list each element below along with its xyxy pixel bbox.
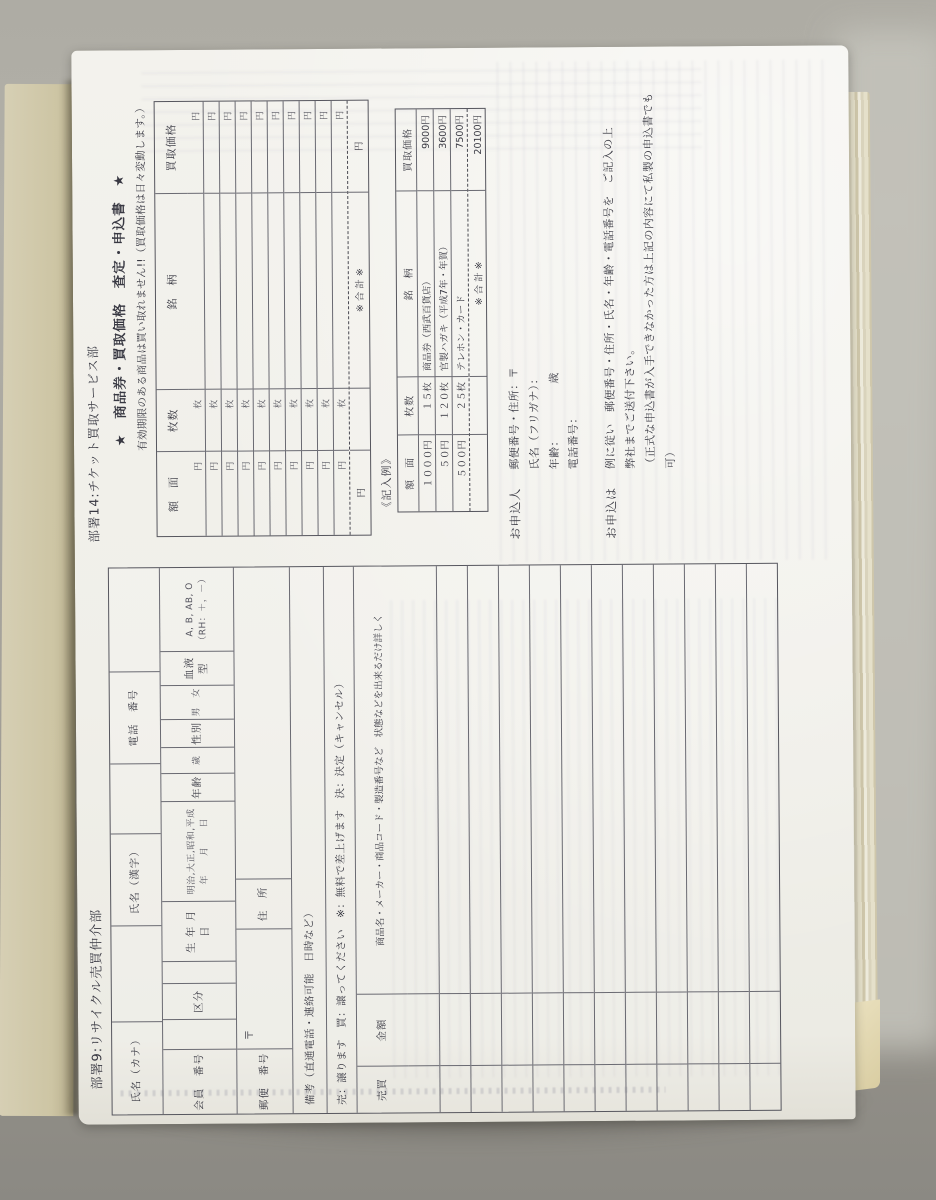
blank-cell [300,193,316,389]
apply-label: お申込は [601,480,681,539]
blank-cell [440,1066,470,1112]
listing-blank-row [746,564,781,1110]
cell-count: １５枚 [419,377,435,435]
total-label: ※ 合 計 ※ [348,193,369,389]
table-row: 売：譲ります 買：譲ってください ※：無料で差上げます 決：決定（キャンセル） [323,567,357,1113]
total-label: ※ 合 計 ※ [468,191,486,377]
blank-cell [592,565,625,993]
blank-cell: 枚 [318,389,333,451]
blank-cell [220,194,236,390]
example-total-row: ※ 合 計 ※ 20100円 [467,109,488,511]
label-sex: 性別 [161,720,234,749]
blank-cell [316,193,332,389]
blank-cell: 枚 [222,390,237,452]
blank-cell: 円 [206,452,222,536]
listing-blank-row [467,566,502,1112]
blank-cell [561,565,594,993]
table-row: 郵便 番号 〒 住 所 [233,567,293,1113]
blank-cell [750,992,781,1064]
blank-cell: 円 [189,452,206,536]
label-member-no: 会員 番号 [163,1050,236,1115]
apply-line: 弊社までご送付下さい。 [618,87,640,469]
blank-cell [252,193,268,389]
cell-price: 3600円 [434,109,451,191]
label-amount: 金額 [357,994,409,1066]
blank-cell [564,1065,594,1111]
total-value: 20100円 [468,109,486,191]
blank-cell: 円 [316,101,332,193]
field-category [163,962,236,985]
cell-count [470,377,487,435]
col-price: 買取価格 [396,109,417,191]
blank-cell: 円 [254,451,270,535]
label-name-kana: 氏名（カナ） [112,1022,163,1114]
cell-count: １２０枚 [436,377,452,435]
blank-cell [533,1065,563,1111]
blank-cell: 円 [236,101,252,193]
label-phone: 電話 番号 [110,672,161,764]
buyback-table: 額 面 枚数 銘 柄 買取価格 円枚円円枚円円枚円円枚円円枚円円枚円円枚円円枚円… [154,100,372,537]
blank-cell: 枚 [238,389,253,451]
listing-blank-row [498,566,533,1112]
blank-cell [332,193,348,389]
total-count-unit [350,389,370,451]
blank-cell [657,992,688,1064]
label-blood-type: 血液型 [160,652,233,687]
blank-cell: 枚 [334,389,349,451]
field-postal-code: 〒 [236,929,292,1049]
apply-line: 例に従い 郵便番号・住所・氏名・年齢・電話番号を ご記入の上 [599,87,621,469]
col-count: 枚数 [398,377,418,435]
blank-cell [654,564,687,992]
buyback-blank-row: 円枚円 [283,101,302,535]
blank-cell: 円 [318,451,334,535]
blood-type-rh: （RH：＋，－） [196,574,209,645]
blank-cell [471,994,502,1066]
blank-cell: 円 [302,451,318,535]
listing-blank-row [653,564,688,1110]
blank-cell [719,1064,749,1110]
buyback-blank-row: 円枚円 [267,101,286,535]
cell-amount [470,435,488,511]
blank-cell: 円 [300,101,316,193]
blank-cell [595,993,626,1065]
table-row: 氏名（カナ） 氏名（漢字） 電話 番号 [109,568,163,1114]
blank-cell: 円 [222,452,238,536]
blank-cell [405,566,439,994]
blank-cell [284,193,300,389]
cell-brand: 官製ハガキ（平成7年・年賀） [434,191,451,377]
blank-cell: 円 [187,102,204,194]
label-item-description: 商品名・メーカー・商品コード・製造番号など 状態などを出来るだけ詳しく [354,566,408,994]
dept14-form: 部署14:チケット買取サービス部 ★ 商品券・買取価格 査定・申込書 ★ 有効期… [82,86,682,542]
cell-count: ２５枚 [453,377,469,435]
blank-cell [268,193,284,389]
blank-cell: 円 [268,101,284,193]
blank-cell: 円 [252,101,268,193]
blank-cell: 枚 [254,389,269,451]
cell-amount: ５０円 [436,435,453,511]
buyback-blank-row: 円枚円 [331,101,350,535]
blank-cell [502,994,533,1066]
table-row: 備考（直通電話・連絡可能 日時など） [289,567,327,1113]
example-table: 額 面 枚数 銘 柄 買取価格 １０００円 １５枚 商品券（西武百貨店） 900… [395,108,489,513]
applicant-label: お申込人 [505,481,585,540]
blank-cell [187,194,204,390]
blank-cell [657,1064,687,1110]
blank-cell [623,565,656,993]
field-name-kanji [110,764,160,834]
listing-blank-row [529,565,564,1111]
dept9-header: 部署9:リサイクル売買仲介部 [83,564,106,1090]
field-blood-type: A, B, AB, O （RH：＋，－） [160,568,234,653]
buyback-blank-row: 円枚円 [219,102,238,536]
blank-cell [533,993,564,1065]
listing-blank-row [405,566,440,1112]
field-member-no [163,1020,236,1051]
rotated-document: 部署9:リサイクル売買仲介部 氏名（カナ） 氏名（漢字） 電話 番号 会員 番号… [71,47,853,1127]
apply-lines: 例に従い 郵便番号・住所・氏名・年齢・電話番号を ご記入の上 弊社までご送付下さ… [599,86,681,469]
blank-cell [626,1065,656,1111]
listing-blank-row [622,565,657,1111]
birthdate-era-hint: 明治,大正,昭和,平成 [186,808,199,894]
blank-cell: 円 [270,451,286,535]
blank-cell: 円 [284,101,300,193]
cell-amount: １０００円 [419,435,436,511]
buyback-blank-row: 円枚円 [251,101,270,535]
apply-line: （正式な申込書が入手できなかった方は上記の内容にて私製の申込書でも可） [638,86,680,468]
example-caption: 《記入例》 [376,88,395,512]
blank-cell [530,565,563,993]
blank-cell [750,1064,780,1110]
apply-block: お申込は 例に従い 郵便番号・住所・氏名・年齢・電話番号を ご記入の上 弊社まで… [599,86,681,539]
total-price-unit: 円 [348,101,369,193]
buyback-blank-row: 円枚円 [315,101,334,535]
buyback-total-row: 円 ※ 合 計 ※ 円 [347,101,371,535]
blank-cell [716,564,749,992]
field-name-kana [111,926,162,1022]
cell-amount: ５００円 [453,435,470,511]
buyback-blank-row: 円枚円 [235,101,254,535]
col-count: 枚数 [157,390,189,452]
blank-cell: 枚 [286,389,301,451]
blank-cell: 枚 [189,390,205,452]
blank-cell: 円 [286,451,302,535]
example-table-header: 額 面 枚数 銘 柄 買取価格 [396,109,419,511]
col-amount: 額 面 [398,435,419,511]
photo-scene: 部署9:リサイクル売買仲介部 氏名（カナ） 氏名（漢字） 電話 番号 会員 番号… [0,0,936,1200]
blank-cell: 円 [220,102,236,194]
legend-row: 売：譲ります 買：譲ってください ※：無料で差上げます 決：決定（キャンセル） [324,567,357,1113]
blank-cell: 枚 [206,390,221,452]
blank-cell [236,193,252,389]
field-address [234,567,291,879]
blank-cell: 円 [332,101,348,193]
blank-cell: 円 [334,451,350,535]
blank-cell [502,1066,532,1112]
example-row: ５０円 １２０枚 官製ハガキ（平成7年・年賀） 3600円 [433,109,453,511]
cell-brand: テレホン・カード [451,191,468,377]
blank-cell: 円 [238,451,254,535]
cell-price: 9000円 [417,109,434,191]
blank-cell [468,566,501,994]
dept14-header: 部署14:チケット買取サービス部 [82,91,103,543]
label-postal-code: 郵便 番号 [237,1049,292,1113]
listing-grid-blank-rows [405,564,781,1113]
blank-cell [437,566,470,994]
field-phone [109,568,160,672]
total-amount-unit: 円 [350,451,371,535]
label-trade: 売買 [357,1066,408,1112]
listing-blank-row [436,566,471,1112]
blank-cell [408,1066,439,1112]
applicant-line: 電話番号： [564,367,585,470]
applicant-lines: 郵便番号・住所：〒 氏名（フリガナ）： 年齢： 歳 電話番号： [504,367,584,470]
example-row: ５００円 ２５枚 テレホン・カード 7500円 [450,109,470,511]
blank-cell [747,564,780,992]
blank-cell: 枚 [302,389,317,451]
applicant-line: 年齢： 歳 [544,367,565,470]
blank-cell: 円 [204,102,220,194]
blank-cell: 枚 [270,389,285,451]
label-address: 住 所 [236,879,291,929]
buyback-blank-rows: 円枚円円枚円円枚円円枚円円枚円円枚円円枚円円枚円円枚円円枚円 [187,101,350,536]
example-row: １０００円 １５枚 商品券（西武百貨店） 9000円 [416,109,436,511]
blank-cell [688,992,719,1064]
birthdate-ymd-hint: 年 月 日 [198,818,211,885]
blank-cell [564,993,595,1065]
label-category: 区分 [163,984,236,1021]
listing-blank-row [591,565,626,1111]
cell-price: 7500円 [451,109,468,191]
blank-cell [595,1065,625,1111]
cell-brand: 商品券（西武百貨店） [417,191,434,377]
blank-cell [626,993,657,1065]
blank-cell [440,994,471,1066]
field-birthdate: 明治,大正,昭和,平成 年 月 日 [161,802,235,903]
blank-cell [685,564,718,992]
dept14-title: ★ 商品券・買取価格 査定・申込書 ★ [107,90,129,446]
col-amount: 額 面 [157,452,190,536]
label-age: 年齢 [161,774,234,803]
listing-blank-row [684,564,719,1110]
applicant-line: 郵便番号・住所：〒 [504,367,525,470]
listing-blank-row [560,565,595,1111]
buyback-table-header: 額 面 枚数 銘 柄 買取価格 [155,102,190,536]
applicant-line: 氏名（フリガナ）： [524,367,545,470]
blank-cell [471,1066,501,1112]
table-row: 会員 番号 区分 生 年 月 日 明治,大正,昭和,平成 年 月 日 年齢 歳 … [159,568,237,1115]
buyback-blank-row: 円枚円 [203,102,222,536]
col-price: 買取価格 [155,102,188,194]
grid-header-row: 売買 金額 商品名・メーカー・商品コード・製造番号など 状態などを出来るだけ詳し… [353,566,409,1112]
blank-cell [408,994,440,1066]
blank-cell [688,1064,718,1110]
col-brand: 銘 柄 [396,191,417,377]
field-age: 歳 [161,748,234,775]
blank-cell [204,194,220,390]
dept14-warning: 有効期限のある商品は買い取れません!!（買取価格は日々変動します。） [133,102,151,542]
listing-blank-row [715,564,750,1110]
buyback-blank-row: 円枚円 [187,102,206,536]
label-name-kanji: 氏名（漢字） [111,834,162,926]
blood-type-options: A, B, AB, O [184,582,197,637]
blank-cell [499,566,532,994]
blank-cell [719,992,750,1064]
label-birthdate: 生 年 月 日 [162,902,235,963]
remarks-row: 備考（直通電話・連絡可能 日時など） [290,567,327,1113]
buyback-blank-row: 円枚円 [299,101,318,535]
col-brand: 銘 柄 [155,194,188,390]
field-sex: 男 女 [161,686,234,721]
dept9-form: 部署9:リサイクル売買仲介部 氏名（カナ） 氏名（漢字） 電話 番号 会員 番号… [83,559,782,1116]
dept9-member-table: 氏名（カナ） 氏名（漢字） 電話 番号 会員 番号 区分 生 年 月 日 明治,… [108,563,782,1116]
applicant-block: お申込人 郵便番号・住所：〒 氏名（フリガナ）： 年齢： 歳 電話番号： [503,87,585,540]
